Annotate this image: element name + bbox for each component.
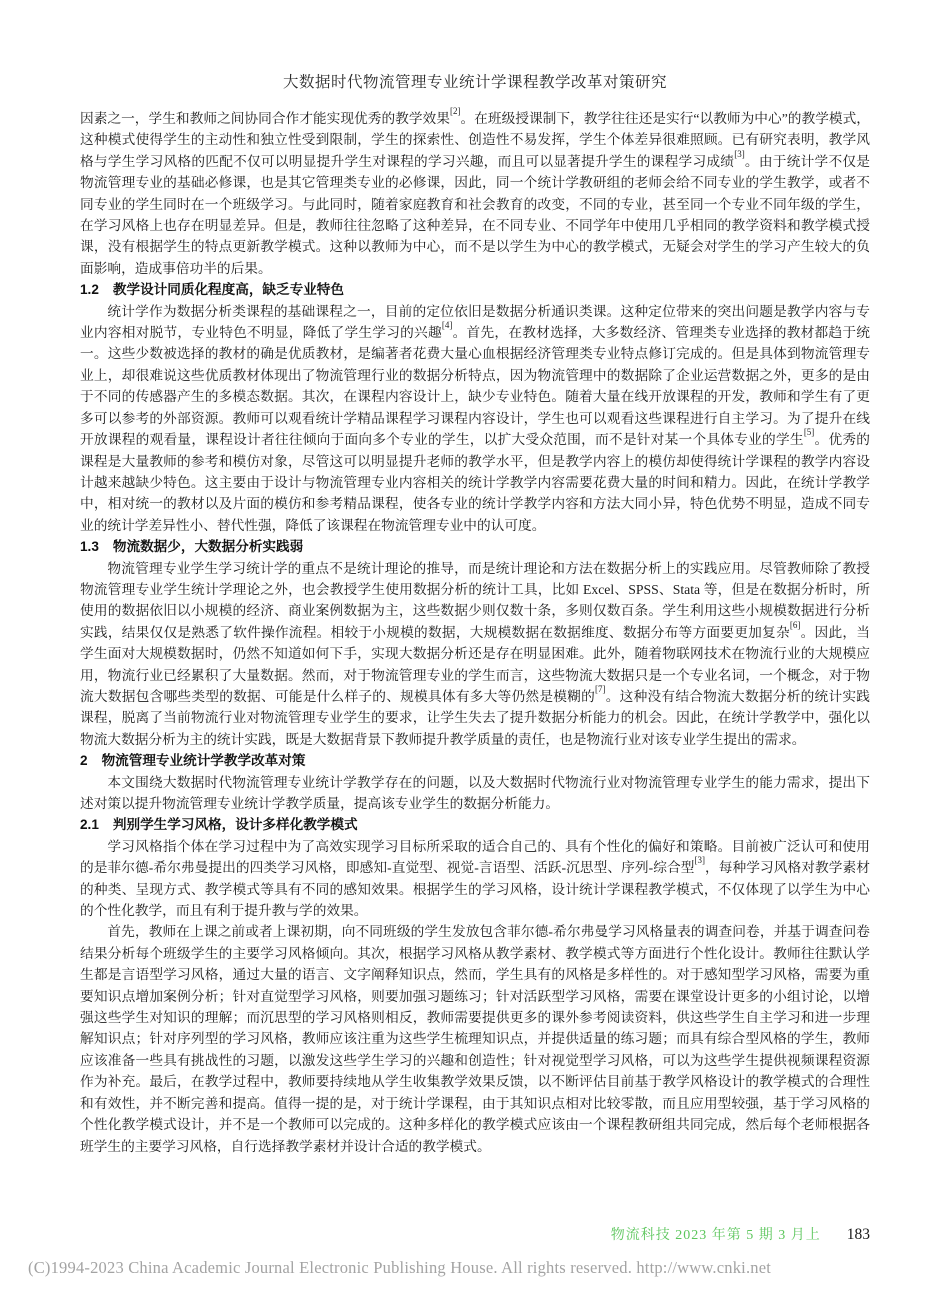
page-footer: 物流科技 2023 年第 5 期 3 月上 183 bbox=[611, 1224, 870, 1244]
section-title: 物流数据少，大数据分析实践弱 bbox=[113, 539, 303, 554]
section-number: 2 bbox=[80, 753, 88, 768]
page-number: 183 bbox=[847, 1226, 870, 1244]
article-body: 因素之一，学生和教师之间协同合作才能实现优秀的教学效果[2]。在班级授课制下，教… bbox=[80, 108, 870, 1157]
citation-ref: [7] bbox=[595, 684, 606, 694]
citation-ref: [3] bbox=[694, 855, 705, 865]
section-heading: 2物流管理专业统计学教学改革对策 bbox=[80, 750, 870, 771]
section-title: 判别学生学习风格，设计多样化教学模式 bbox=[113, 817, 358, 832]
paragraph: 首先，教师在上课之前或者上课初期，向不同班级的学生发放包含菲尔德-希尔弗曼学习风… bbox=[80, 921, 870, 1156]
citation-ref: [3] bbox=[734, 149, 745, 159]
paragraph: 统计学作为数据分析类课程的基础课程之一，目前的定位依旧是数据分析通识类课。这种定… bbox=[80, 301, 870, 536]
section-number: 1.2 bbox=[80, 282, 99, 297]
section-number: 1.3 bbox=[80, 539, 99, 554]
document-page: 大数据时代物流管理专业统计学课程教学改革对策研究 因素之一，学生和教师之间协同合… bbox=[0, 0, 950, 1290]
citation-ref: [6] bbox=[790, 620, 801, 630]
section-number: 2.1 bbox=[80, 817, 99, 832]
section-heading: 1.3物流数据少，大数据分析实践弱 bbox=[80, 536, 870, 557]
paragraph: 物流管理专业学生学习统计学的重点不是统计理论的推导，而是统计理论和方法在数据分析… bbox=[80, 558, 870, 751]
section-title: 物流管理专业统计学教学改革对策 bbox=[102, 753, 306, 768]
paragraph: 学习风格指个体在学习过程中为了高效实现学习目标所采取的适合自己的、具有个性化的偏… bbox=[80, 836, 870, 922]
section-heading: 2.1判别学生学习风格，设计多样化教学模式 bbox=[80, 814, 870, 835]
citation-ref: [4] bbox=[442, 320, 453, 330]
section-heading: 1.2教学设计同质化程度高，缺乏专业特色 bbox=[80, 279, 870, 300]
copyright-notice: (C)1994-2023 China Academic Journal Elec… bbox=[28, 1258, 771, 1278]
citation-ref: [5] bbox=[804, 427, 815, 437]
journal-issue-label: 物流科技 2023 年第 5 期 3 月上 bbox=[611, 1224, 821, 1244]
paragraph: 因素之一，学生和教师之间协同合作才能实现优秀的教学效果[2]。在班级授课制下，教… bbox=[80, 108, 870, 279]
running-title: 大数据时代物流管理专业统计学课程教学改革对策研究 bbox=[80, 70, 870, 92]
paragraph: 本文围绕大数据时代物流管理专业统计学教学存在的问题，以及大数据时代物流行业对物流… bbox=[80, 772, 870, 815]
citation-ref: [2] bbox=[450, 106, 461, 116]
section-title: 教学设计同质化程度高，缺乏专业特色 bbox=[113, 282, 344, 297]
